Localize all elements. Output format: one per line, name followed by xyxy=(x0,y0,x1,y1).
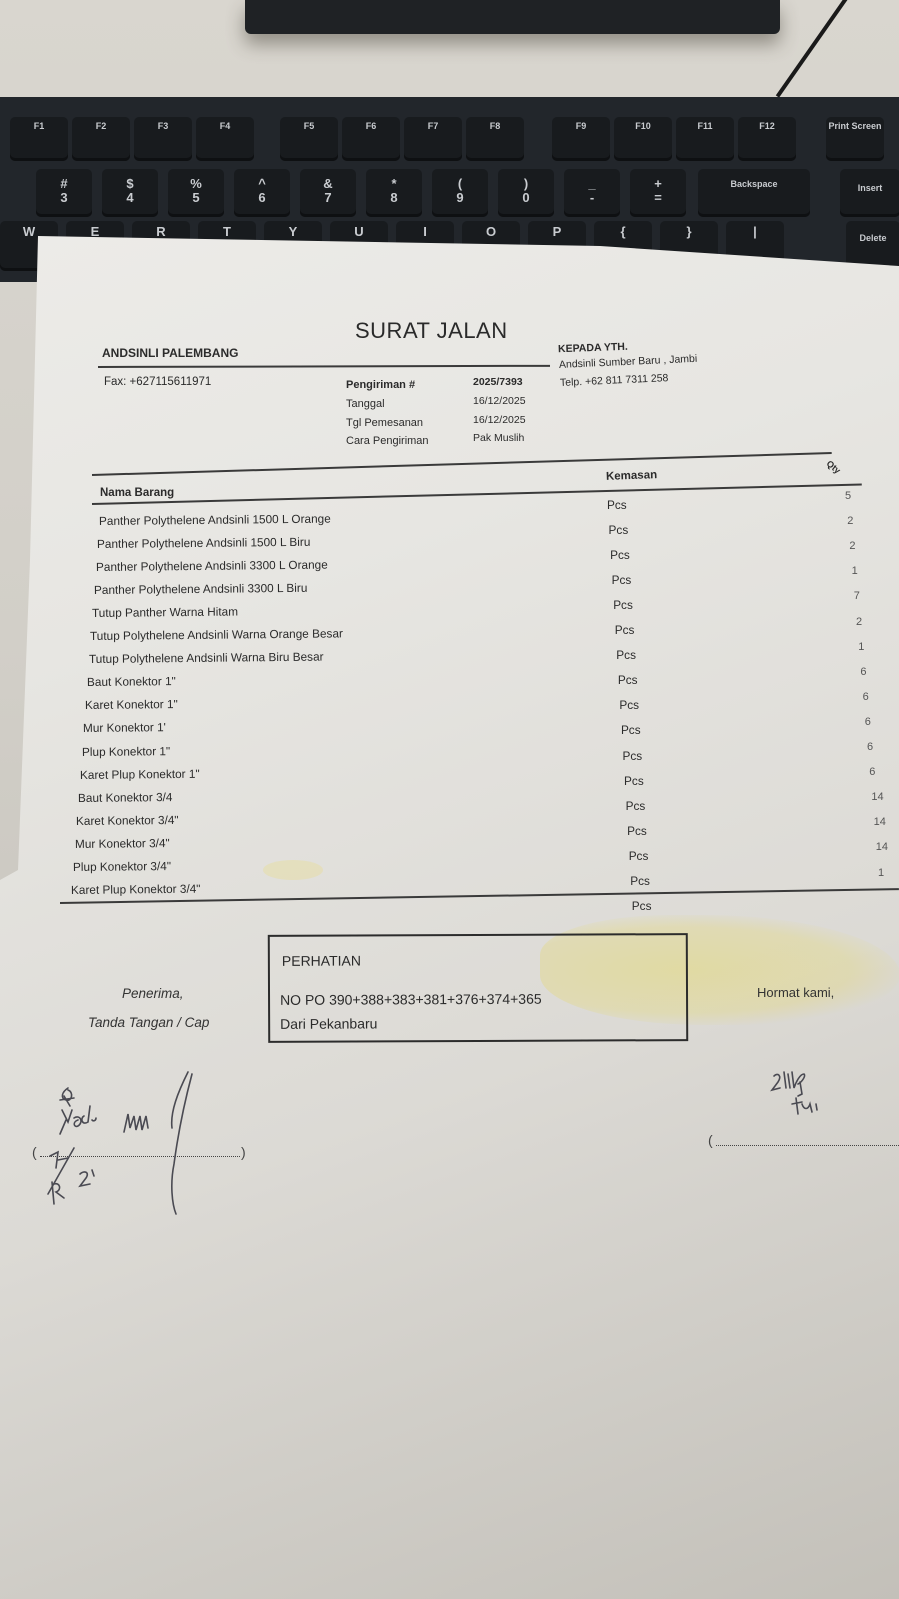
key-label: Insert xyxy=(840,183,899,193)
receiver-handwritten-signature xyxy=(40,1070,240,1210)
item-packaging: Pcs xyxy=(613,598,633,612)
key-9: (9 xyxy=(432,169,488,217)
key-label: { xyxy=(594,225,652,239)
key-f6: F6 xyxy=(342,117,400,161)
item-name: Plup Konektor 3/4" xyxy=(73,859,171,874)
shipment-label: Tanggal xyxy=(346,398,385,410)
key-6: ^6 xyxy=(234,169,290,217)
key-5: %5 xyxy=(168,169,224,217)
item-qty: 6 xyxy=(867,741,873,753)
receiver-sign-label: Tanda Tangan / Cap xyxy=(88,1015,209,1030)
key-8: *8 xyxy=(366,169,422,217)
item-packaging: Pcs xyxy=(629,849,649,863)
notice-heading: PERHATIAN xyxy=(282,953,361,969)
key-f7: F7 xyxy=(404,117,462,161)
item-name: Karet Konektor 3/4" xyxy=(76,813,179,828)
key-f12: F12 xyxy=(738,117,796,161)
key-backspace: Backspace xyxy=(698,169,810,217)
item-name: Panther Polythelene Andsinli 3300 L Biru xyxy=(94,581,308,597)
item-name: Karet Plup Konektor 1" xyxy=(80,766,200,781)
item-packaging: Pcs xyxy=(619,698,639,712)
key-print-screen: Print Screen xyxy=(826,117,884,161)
key-label: F5 xyxy=(280,121,338,131)
item-qty: 14 xyxy=(871,791,883,803)
item-qty: 14 xyxy=(874,816,886,828)
document-title: SURAT JALAN xyxy=(355,318,508,344)
item-packaging: Pcs xyxy=(621,723,641,737)
key-label: #3 xyxy=(36,177,92,205)
key-label: _- xyxy=(564,177,620,205)
stain xyxy=(263,860,323,880)
item-packaging: Pcs xyxy=(616,648,636,662)
item-packaging: Pcs xyxy=(632,899,652,913)
key-label: F8 xyxy=(466,121,524,131)
column-header-qty: Qty xyxy=(825,458,843,475)
shipment-value: Pak Muslih xyxy=(473,432,524,444)
item-qty: 14 xyxy=(876,841,888,853)
key--: _- xyxy=(564,169,620,217)
table-header-rule xyxy=(92,484,862,505)
sender-closing: Hormat kami, xyxy=(757,985,834,1000)
item-packaging: Pcs xyxy=(624,774,644,788)
key-label: F11 xyxy=(676,121,734,131)
item-packaging: Pcs xyxy=(609,523,629,537)
key-label: Delete xyxy=(846,233,899,243)
item-qty: 6 xyxy=(863,691,869,703)
item-qty: 1 xyxy=(852,565,858,577)
item-packaging: Pcs xyxy=(615,623,635,637)
key-label: ^6 xyxy=(234,177,290,205)
item-qty: 5 xyxy=(845,490,851,502)
key-label: &7 xyxy=(300,177,356,205)
key-label: Backspace xyxy=(698,179,810,189)
key-label: )0 xyxy=(498,177,554,205)
item-qty: 1 xyxy=(858,641,864,653)
item-packaging: Pcs xyxy=(630,874,650,888)
item-packaging: Pcs xyxy=(618,673,638,687)
key-label: U xyxy=(330,225,388,239)
key-f10: F10 xyxy=(614,117,672,161)
item-name: Plup Konektor 1" xyxy=(81,744,169,759)
key-f3: F3 xyxy=(134,117,192,161)
table-top-rule xyxy=(92,452,832,475)
recipient-phone: Telp. +62 811 7311 258 xyxy=(560,372,669,389)
key-label: T xyxy=(198,225,256,239)
key-label: R xyxy=(132,225,190,239)
column-header-packaging: Kemasan xyxy=(606,469,658,483)
key-3: #3 xyxy=(36,169,92,217)
recipient-name: Andsinli Sumber Baru , Jambi xyxy=(559,353,698,371)
fax-number: Fax: +627115611971 xyxy=(104,376,211,388)
column-header-name: Nama Barang xyxy=(100,487,174,499)
item-qty: 6 xyxy=(869,766,875,778)
key-label: F7 xyxy=(404,121,462,131)
key-f2: F2 xyxy=(72,117,130,161)
notice-po-numbers: NO PO 390+388+383+381+376+374+365 xyxy=(280,991,542,1008)
item-name: Mur Konektor 3/4" xyxy=(74,836,169,851)
item-name: Tutup Polythelene Andsinli Warna Biru Be… xyxy=(88,650,323,666)
item-packaging: Pcs xyxy=(610,548,630,562)
recipient-heading: KEPADA YTH. xyxy=(558,341,628,355)
shipment-label: Tgl Pemesanan xyxy=(346,417,423,429)
monitor-stand xyxy=(245,0,780,34)
key-0: )0 xyxy=(498,169,554,217)
key-label: I xyxy=(396,225,454,239)
item-name: Mur Konektor 1' xyxy=(83,721,166,736)
key-insert: Insert xyxy=(840,169,899,217)
key-label: F2 xyxy=(72,121,130,131)
item-name: Panther Polythelene Andsinli 1500 L Biru xyxy=(97,535,311,551)
shipment-label: Pengiriman # xyxy=(346,379,415,391)
item-qty: 2 xyxy=(856,616,862,628)
key-label: } xyxy=(660,225,718,239)
shipment-label: Cara Pengiriman xyxy=(346,435,429,447)
item-name: Panther Polythelene Andsinli 1500 L Oran… xyxy=(99,512,331,528)
key-label: *8 xyxy=(366,177,422,205)
key-f9: F9 xyxy=(552,117,610,161)
signature-paren-right: ) xyxy=(241,1144,246,1160)
item-qty: 2 xyxy=(847,515,853,527)
key-label: Y xyxy=(264,225,322,239)
header-rule xyxy=(98,365,550,368)
key-7: &7 xyxy=(300,169,356,217)
item-name: Panther Polythelene Andsinli 3300 L Oran… xyxy=(95,558,327,574)
shipment-value: 16/12/2025 xyxy=(473,395,526,407)
item-packaging: Pcs xyxy=(607,498,627,512)
key-label: F6 xyxy=(342,121,400,131)
key-label: (9 xyxy=(432,177,488,205)
notice-box: PERHATIAN NO PO 390+388+383+381+376+374+… xyxy=(268,933,688,1043)
item-packaging: Pcs xyxy=(612,573,632,587)
key-f11: F11 xyxy=(676,117,734,161)
item-qty: 7 xyxy=(854,590,860,602)
item-packaging: Pcs xyxy=(623,749,643,763)
key-f1: F1 xyxy=(10,117,68,161)
key-label: P xyxy=(528,225,586,239)
item-name: Tutup Polythelene Andsinli Warna Orange … xyxy=(90,627,343,644)
item-packaging: Pcs xyxy=(626,799,646,813)
key-label: F1 xyxy=(10,121,68,131)
company-name: ANDSINLI PALEMBANG xyxy=(102,346,238,360)
sender-signature-line xyxy=(716,1145,899,1146)
key-label: $4 xyxy=(102,177,158,205)
signature-paren-left: ( xyxy=(708,1132,713,1148)
item-qty: 6 xyxy=(865,716,871,728)
key-label: F12 xyxy=(738,121,796,131)
key-4: $4 xyxy=(102,169,158,217)
item-packaging: Pcs xyxy=(627,824,647,838)
shipment-value: 2025/7393 xyxy=(473,376,523,388)
key-f8: F8 xyxy=(466,117,524,161)
item-name: Tutup Panther Warna Hitam xyxy=(92,605,238,621)
signature-paren-left: ( xyxy=(32,1144,37,1160)
key-label: O xyxy=(462,225,520,239)
key-label: F9 xyxy=(552,121,610,131)
item-qty: 2 xyxy=(849,540,855,552)
key-label: F3 xyxy=(134,121,192,131)
key-label: Print Screen xyxy=(826,121,884,131)
key-f4: F4 xyxy=(196,117,254,161)
key-label: F10 xyxy=(614,121,672,131)
key-label: += xyxy=(630,177,686,205)
item-name: Baut Konektor 3/4 xyxy=(78,790,173,805)
notice-origin: Dari Pekanbaru xyxy=(280,1015,377,1031)
key-label: %5 xyxy=(168,177,224,205)
item-name: Karet Konektor 1" xyxy=(85,697,178,712)
key-label: | xyxy=(726,225,784,239)
key-label: F4 xyxy=(196,121,254,131)
key-f5: F5 xyxy=(280,117,338,161)
sender-handwritten-signature xyxy=(770,1070,840,1140)
shipment-value: 16/12/2025 xyxy=(473,414,526,426)
item-name: Karet Plup Konektor 3/4" xyxy=(71,881,201,896)
item-qty: 6 xyxy=(860,666,866,678)
receiver-label: Penerima, xyxy=(122,986,184,1001)
item-name: Baut Konektor 1" xyxy=(87,674,176,689)
key-=: += xyxy=(630,169,686,217)
item-qty: 1 xyxy=(878,867,884,879)
